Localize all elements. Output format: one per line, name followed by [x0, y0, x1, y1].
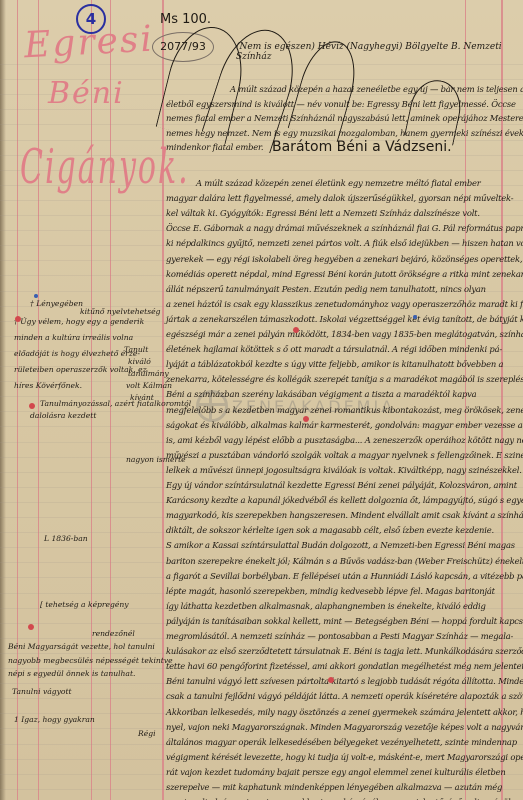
margin-note: minden a kultúra irreális volna: [14, 334, 133, 342]
manuscript-line: Béni tanulni vágyó lett szívesen pártolt…: [166, 677, 523, 685]
margin-note: Tanulni vágyott: [12, 688, 72, 696]
manuscript-line: lyáját a táblázatokból kezdte s úgy vitt…: [166, 360, 503, 368]
manuscript-line: végigment kérését levezette, hogy ki tud…: [166, 753, 523, 761]
manuscript-line: megfelelőbb s a kezdetben magyar zenei r…: [166, 406, 523, 414]
manuscript-line: kel váltak ki. Gyógyítók: Egressi Béni l…: [166, 209, 480, 217]
manuscript-line: Öccse E. Gábornak a nagy drámai művészek…: [166, 224, 523, 232]
top-note: (Nem is egészen) Hévíz (Nagyhegyi) Bölgy…: [236, 42, 523, 62]
margin-note: Tanult: [124, 346, 148, 354]
title-word-ciganyok: Cigányok.: [20, 140, 190, 196]
red-pencil-mark: [328, 677, 334, 683]
manuscript-line: lépte magát, hasonló szerepekben, mindig…: [166, 587, 495, 595]
margin-note: Régi: [138, 730, 156, 738]
margin-note: nagyon ismerte: [126, 456, 186, 464]
manuscript-line: tette havi 60 pengőforint fizetéssel, am…: [166, 662, 523, 670]
manuscript-line: magyar dalára lett figyelmessé, amely da…: [166, 194, 513, 202]
red-pencil-mark: [303, 416, 309, 422]
title-word-beni: Béni: [48, 76, 125, 111]
margin-note: [ tehetség a képregény: [40, 601, 129, 609]
red-pencil-mark: [15, 316, 21, 322]
blue-ink-mark: [34, 294, 38, 298]
manuscript-line: nyel, vajon neki Magyarországnak. Minden…: [166, 723, 523, 731]
manuscript-line: ságokat és kiválóbb, alkalmas kalmár kar…: [166, 421, 523, 429]
section-heading: Barátom Béni a Vádzseni.: [272, 139, 452, 155]
margin-note: Béni Magyarságát vezette, hol tanulni: [8, 643, 155, 651]
margin-note: tanulmány: [128, 370, 169, 378]
manuscript-page: 4 Ms 100. 2077/93 Egresi Béni Cigányok. …: [0, 0, 523, 800]
manuscript-line: ki népdalkincs gyűjtő, nemzeti zenei pár…: [166, 239, 523, 247]
manuscript-line: is, ami kézből vagy lépést előbb a puszt…: [166, 436, 523, 444]
manuscript-line: gyerekek — egy régi iskolabeli öreg hegy…: [166, 255, 523, 263]
margin-rule-line: [38, 0, 39, 800]
manuscript-line: állát népszerű tanulmányait Pesten. Ezut…: [166, 285, 486, 293]
manuscript-line: egészségi már a zenei pályán működött, 1…: [166, 330, 523, 338]
margin-note: előadóját is hogy élvezhető érze-: [14, 350, 140, 358]
manuscript-line: megromlásától. A nemzeti színház — ponto…: [166, 632, 513, 640]
manuscript-line: Karácsony kezdte a kapunál jókedvéből és…: [166, 496, 523, 504]
margin-note: népi s egyedül önnek is tanulhat.: [8, 670, 135, 678]
margin-note: kiváló: [128, 358, 151, 366]
manuscript-line: a zenei háztól is csak egy klasszikus ze…: [166, 300, 523, 308]
margin-note: Tanulmányozással, azért fiatalkoromtól: [40, 400, 191, 408]
manuscript-line: mindenkor fiatal ember.: [166, 143, 263, 151]
manuscript-line: A múlt század közepén a hazai zeneéletbe…: [230, 85, 523, 93]
manuscript-line: pályáján is tanításaiban sokkal kellett,…: [166, 617, 523, 625]
margin-note: † Úgy vélem, hogy egy a genderik: [14, 318, 144, 326]
manuscript-line: szerepelve — mit kaphatunk mindenképpen …: [166, 783, 502, 791]
manuscript-line: Béni a színházban szerény lakásában végi…: [166, 390, 476, 398]
manuscript-line: a figarót a Sevillai borbélyban. E fellé…: [166, 572, 523, 580]
manuscript-line: magyarkodó, kis szerepekben hangszeresen…: [166, 511, 523, 519]
manuscript-line: komédiás operett népdal, mind Egressi Bé…: [166, 270, 523, 278]
manuscript-line: S amikor a Kassai színtársulattal Budán …: [166, 541, 515, 549]
manuscript-line: így láthatta kezdetben alkalmasnak, alap…: [166, 602, 486, 610]
manuscript-line: kulásakor az első szerződtetett társulat…: [166, 647, 523, 655]
margin-note: kitűnő nyelvtehetség: [80, 308, 160, 316]
manuscript-line: diktált, de sokszor kérlelte igen sok a …: [166, 526, 494, 534]
margin-rule-line: [17, 0, 18, 800]
manuscript-line: Egy új vándor színtársulatnál kezdette E…: [166, 481, 517, 489]
margin-note: L 1836-ban: [44, 535, 88, 543]
manuscript-line: életből egyszersmind is kiválott — név v…: [166, 100, 516, 108]
manuscript-line: jártak a zenekarszélen támaszkodott. Isk…: [166, 315, 523, 323]
blue-ink-mark: [413, 315, 417, 319]
manuscript-line: Akkoriban lelkesedés, mily nagy ösztönzé…: [166, 708, 523, 716]
manuscript-line: rát vajon kezdet tudomány bajait persze …: [166, 768, 506, 776]
red-pencil-mark: [293, 327, 299, 333]
margin-note: nagyobb megbecsülés népességét tekintve: [8, 657, 173, 665]
margin-note: 1 Igaz, hogy gyakran: [14, 716, 95, 724]
manuscript-line: általános magyar operák lelkesedésében b…: [166, 738, 517, 746]
manuscript-line: életének hajlamai kötöttek s ő ott marad…: [166, 345, 502, 353]
manuscript-line: művészi a pusztában vándorló szolgák vol…: [166, 451, 523, 459]
manuscript-line: nemes fiatal ember a Nemzeti Színháznál …: [166, 114, 523, 122]
manuscript-number: Ms 100.: [160, 12, 211, 27]
red-pencil-mark: [29, 403, 35, 409]
margin-note: híres Kövérfőnek.: [14, 382, 82, 390]
margin-note: volt Kálmán: [126, 382, 172, 390]
manuscript-line: A múlt század közepén zenei életünk egy …: [196, 179, 481, 187]
margin-note: rendezőnél: [92, 630, 135, 638]
title-word-egresi: Egresi: [23, 19, 155, 67]
margin-note: † Lényegében: [30, 300, 83, 308]
manuscript-line: csak a tanulni fejlődni vágyó példáját l…: [166, 692, 523, 700]
manuscript-line: bariton szerepekre énekelt jól; Kálmán s…: [166, 557, 523, 565]
manuscript-line: nemes hegy nemzet. Nem is egy muzsikai m…: [166, 129, 523, 137]
manuscript-line: zenekarra, kötelességre és kollégák szer…: [166, 375, 523, 383]
manuscript-line: lelkek a művészi ünnepi jogosultságra ki…: [166, 466, 522, 474]
red-pencil-mark: [28, 624, 34, 630]
margin-note: dalolásra kezdett: [30, 412, 96, 420]
margin-note: rületeiben operaszerzők voltak, ez: [14, 366, 147, 374]
